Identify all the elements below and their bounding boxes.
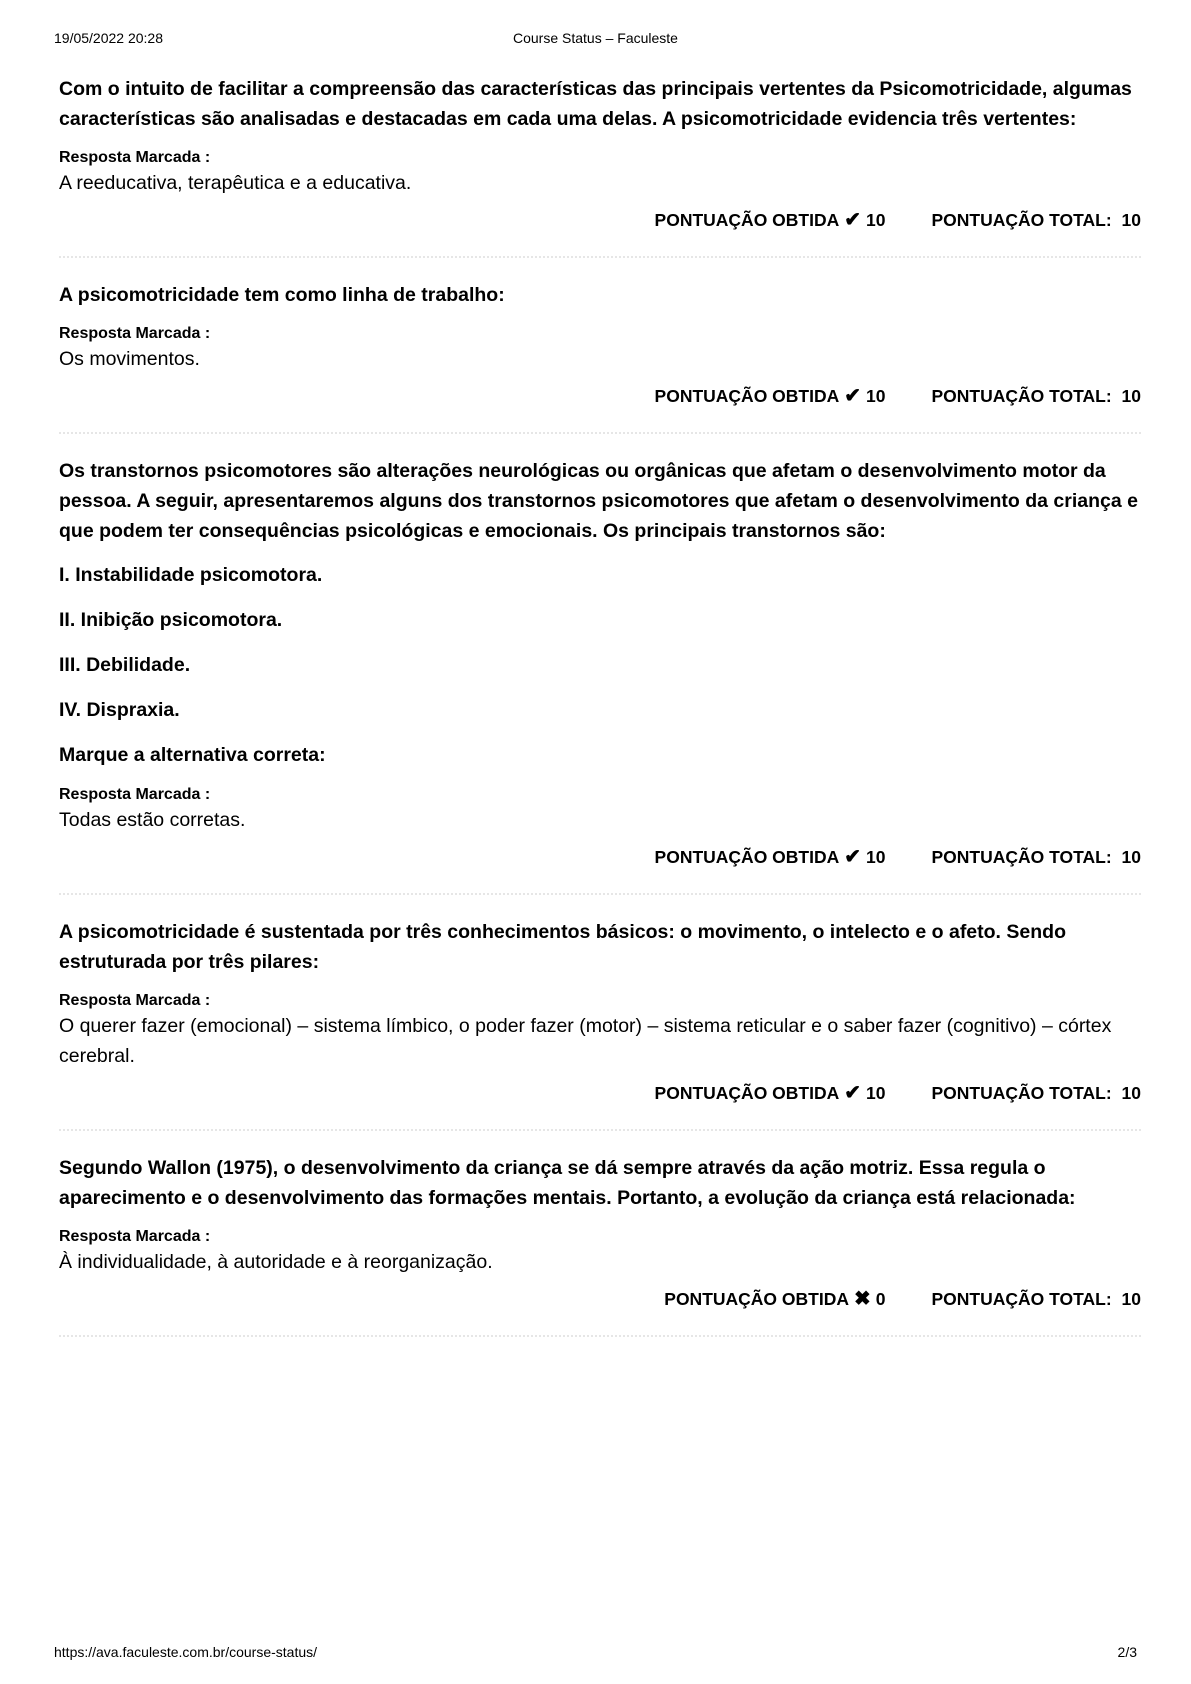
answer-value: Todas estão corretas. <box>59 805 1141 835</box>
score-obtained-value: 10 <box>866 847 885 868</box>
question-text: Com o intuito de facilitar a compreensão… <box>59 74 1141 134</box>
question-block-1: Com o intuito de facilitar a compreensão… <box>59 74 1141 258</box>
score-obtained-value: 0 <box>876 1289 886 1310</box>
question-item: III. Debilidade. <box>59 650 1141 680</box>
score-obtained: PONTUAÇÃO OBTIDA ✔ 10 <box>655 210 886 231</box>
question-item: IV. Dispraxia. <box>59 695 1141 725</box>
score-obtained-label: PONTUAÇÃO OBTIDA <box>655 386 840 407</box>
score-total: PONTUAÇÃO TOTAL: 10 <box>931 1289 1141 1310</box>
score-total-label: PONTUAÇÃO TOTAL: <box>931 1083 1111 1103</box>
answer-value: À individualidade, à autoridade e à reor… <box>59 1247 1141 1277</box>
question-items: I. Instabilidade psicomotora.II. Inibiçã… <box>59 560 1141 770</box>
score-total-label: PONTUAÇÃO TOTAL: <box>931 1289 1111 1309</box>
score-row: PONTUAÇÃO OBTIDA ✔ 10 PONTUAÇÃO TOTAL: 1… <box>59 843 1141 871</box>
score-row: PONTUAÇÃO OBTIDA ✔ 10 PONTUAÇÃO TOTAL: 1… <box>59 206 1141 234</box>
answer-label: Resposta Marcada : <box>59 1227 1141 1247</box>
check-icon: ✔ <box>844 386 861 406</box>
x-icon: ✖ <box>854 1289 871 1309</box>
score-total-label: PONTUAÇÃO TOTAL: <box>931 847 1111 867</box>
answer-label: Resposta Marcada : <box>59 148 1141 168</box>
question-divider <box>59 1335 1141 1337</box>
score-total-value: 10 <box>1122 210 1141 230</box>
score-obtained: PONTUAÇÃO OBTIDA ✔ 10 <box>655 1083 886 1104</box>
question-item: I. Instabilidade psicomotora. <box>59 560 1141 590</box>
score-obtained: PONTUAÇÃO OBTIDA ✔ 10 <box>655 386 886 407</box>
question-block-4: A psicomotricidade é sustentada por três… <box>59 917 1141 1131</box>
score-total: PONTUAÇÃO TOTAL: 10 <box>931 210 1141 231</box>
answer-value: O querer fazer (emocional) – sistema lím… <box>59 1011 1141 1071</box>
score-row: PONTUAÇÃO OBTIDA ✔ 10 PONTUAÇÃO TOTAL: 1… <box>59 382 1141 410</box>
question-divider <box>59 256 1141 258</box>
check-icon: ✔ <box>844 847 861 867</box>
print-page-title: Course Status – Faculeste <box>54 30 1137 46</box>
score-total-label: PONTUAÇÃO TOTAL: <box>931 210 1111 230</box>
answer-label: Resposta Marcada : <box>59 324 1141 344</box>
score-total-value: 10 <box>1122 1289 1141 1309</box>
score-obtained-label: PONTUAÇÃO OBTIDA <box>655 210 840 231</box>
question-item: Marque a alternativa correta: <box>59 740 1141 770</box>
question-text: Os transtornos psicomotores são alteraçõ… <box>59 456 1141 546</box>
score-obtained: PONTUAÇÃO OBTIDA ✔ 10 <box>655 847 886 868</box>
print-url: https://ava.faculeste.com.br/course-stat… <box>54 1644 317 1660</box>
question-item: II. Inibição psicomotora. <box>59 605 1141 635</box>
score-row: PONTUAÇÃO OBTIDA ✖ 0 PONTUAÇÃO TOTAL: 10 <box>59 1285 1141 1313</box>
score-total: PONTUAÇÃO TOTAL: 10 <box>931 386 1141 407</box>
question-text: Segundo Wallon (1975), o desenvolvimento… <box>59 1153 1141 1213</box>
question-divider <box>59 1129 1141 1131</box>
check-icon: ✔ <box>844 210 861 230</box>
question-list: Com o intuito de facilitar a compreensão… <box>59 74 1141 1359</box>
score-obtained-value: 10 <box>866 210 885 231</box>
answer-label: Resposta Marcada : <box>59 785 1141 805</box>
score-total-value: 10 <box>1122 386 1141 406</box>
score-obtained-value: 10 <box>866 1083 885 1104</box>
score-obtained-label: PONTUAÇÃO OBTIDA <box>664 1289 849 1310</box>
print-header: 19/05/2022 20:28 Course Status – Facules… <box>54 30 1137 48</box>
score-total-value: 10 <box>1122 847 1141 867</box>
score-obtained-label: PONTUAÇÃO OBTIDA <box>655 1083 840 1104</box>
score-obtained-label: PONTUAÇÃO OBTIDA <box>655 847 840 868</box>
score-total: PONTUAÇÃO TOTAL: 10 <box>931 1083 1141 1104</box>
question-text: A psicomotricidade tem como linha de tra… <box>59 280 1141 310</box>
score-obtained: PONTUAÇÃO OBTIDA ✖ 0 <box>664 1289 885 1310</box>
answer-label: Resposta Marcada : <box>59 991 1141 1011</box>
question-divider <box>59 893 1141 895</box>
question-divider <box>59 432 1141 434</box>
check-icon: ✔ <box>844 1083 861 1103</box>
score-total-label: PONTUAÇÃO TOTAL: <box>931 386 1111 406</box>
answer-value: Os movimentos. <box>59 344 1141 374</box>
score-row: PONTUAÇÃO OBTIDA ✔ 10 PONTUAÇÃO TOTAL: 1… <box>59 1079 1141 1107</box>
score-obtained-value: 10 <box>866 386 885 407</box>
question-block-3: Os transtornos psicomotores são alteraçõ… <box>59 456 1141 895</box>
score-total: PONTUAÇÃO TOTAL: 10 <box>931 847 1141 868</box>
answer-value: A reeducativa, terapêutica e a educativa… <box>59 168 1141 198</box>
question-block-5: Segundo Wallon (1975), o desenvolvimento… <box>59 1153 1141 1337</box>
question-block-2: A psicomotricidade tem como linha de tra… <box>59 280 1141 434</box>
score-total-value: 10 <box>1122 1083 1141 1103</box>
question-text: A psicomotricidade é sustentada por três… <box>59 917 1141 977</box>
print-page-number: 2/3 <box>1118 1644 1137 1660</box>
